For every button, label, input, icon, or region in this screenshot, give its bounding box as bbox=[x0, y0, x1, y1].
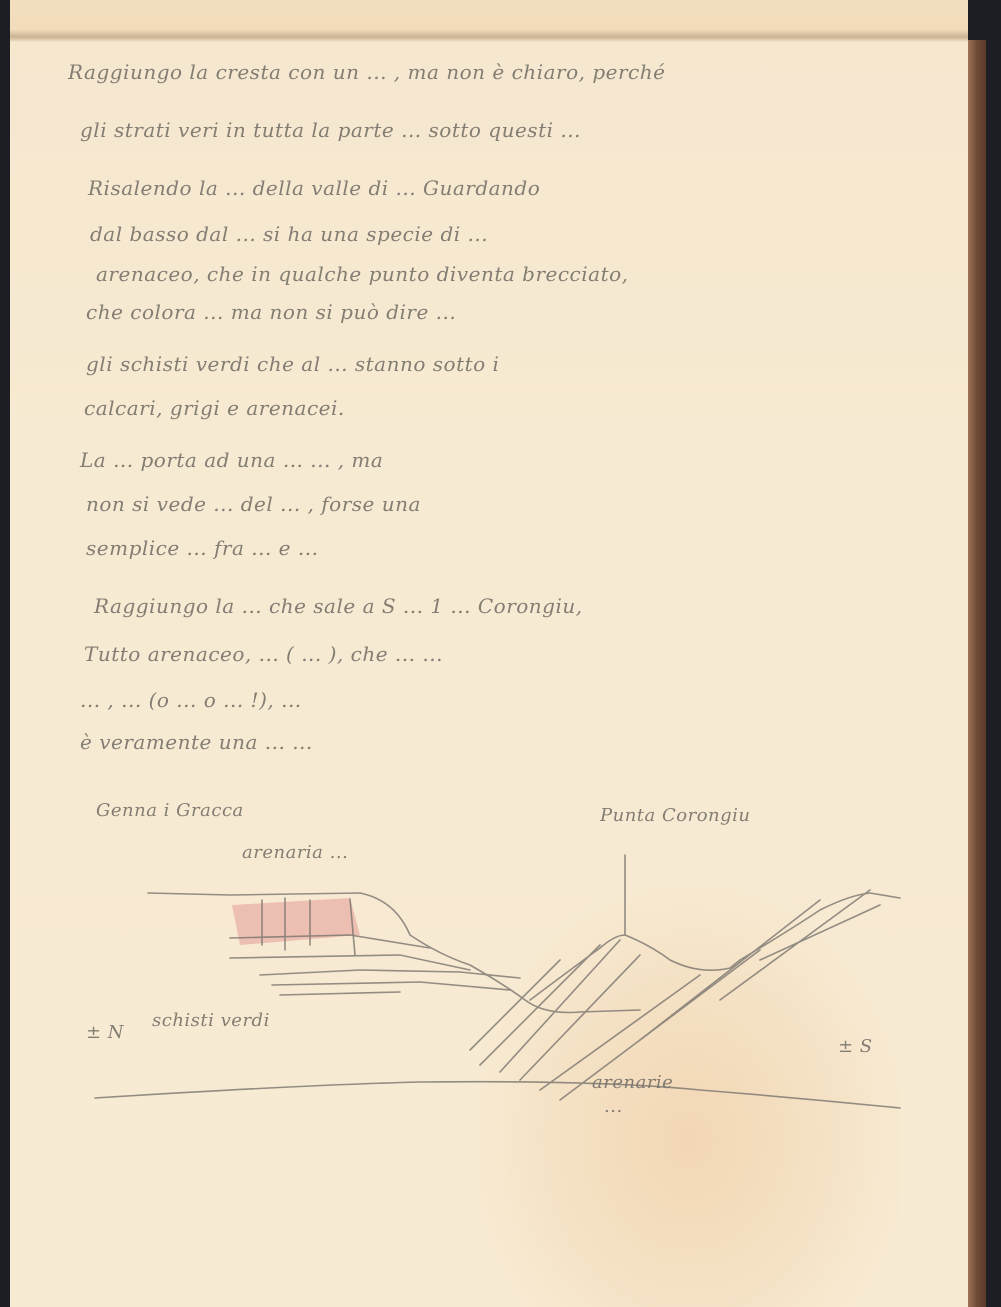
geological-cross-section-sketch bbox=[0, 0, 1001, 1307]
